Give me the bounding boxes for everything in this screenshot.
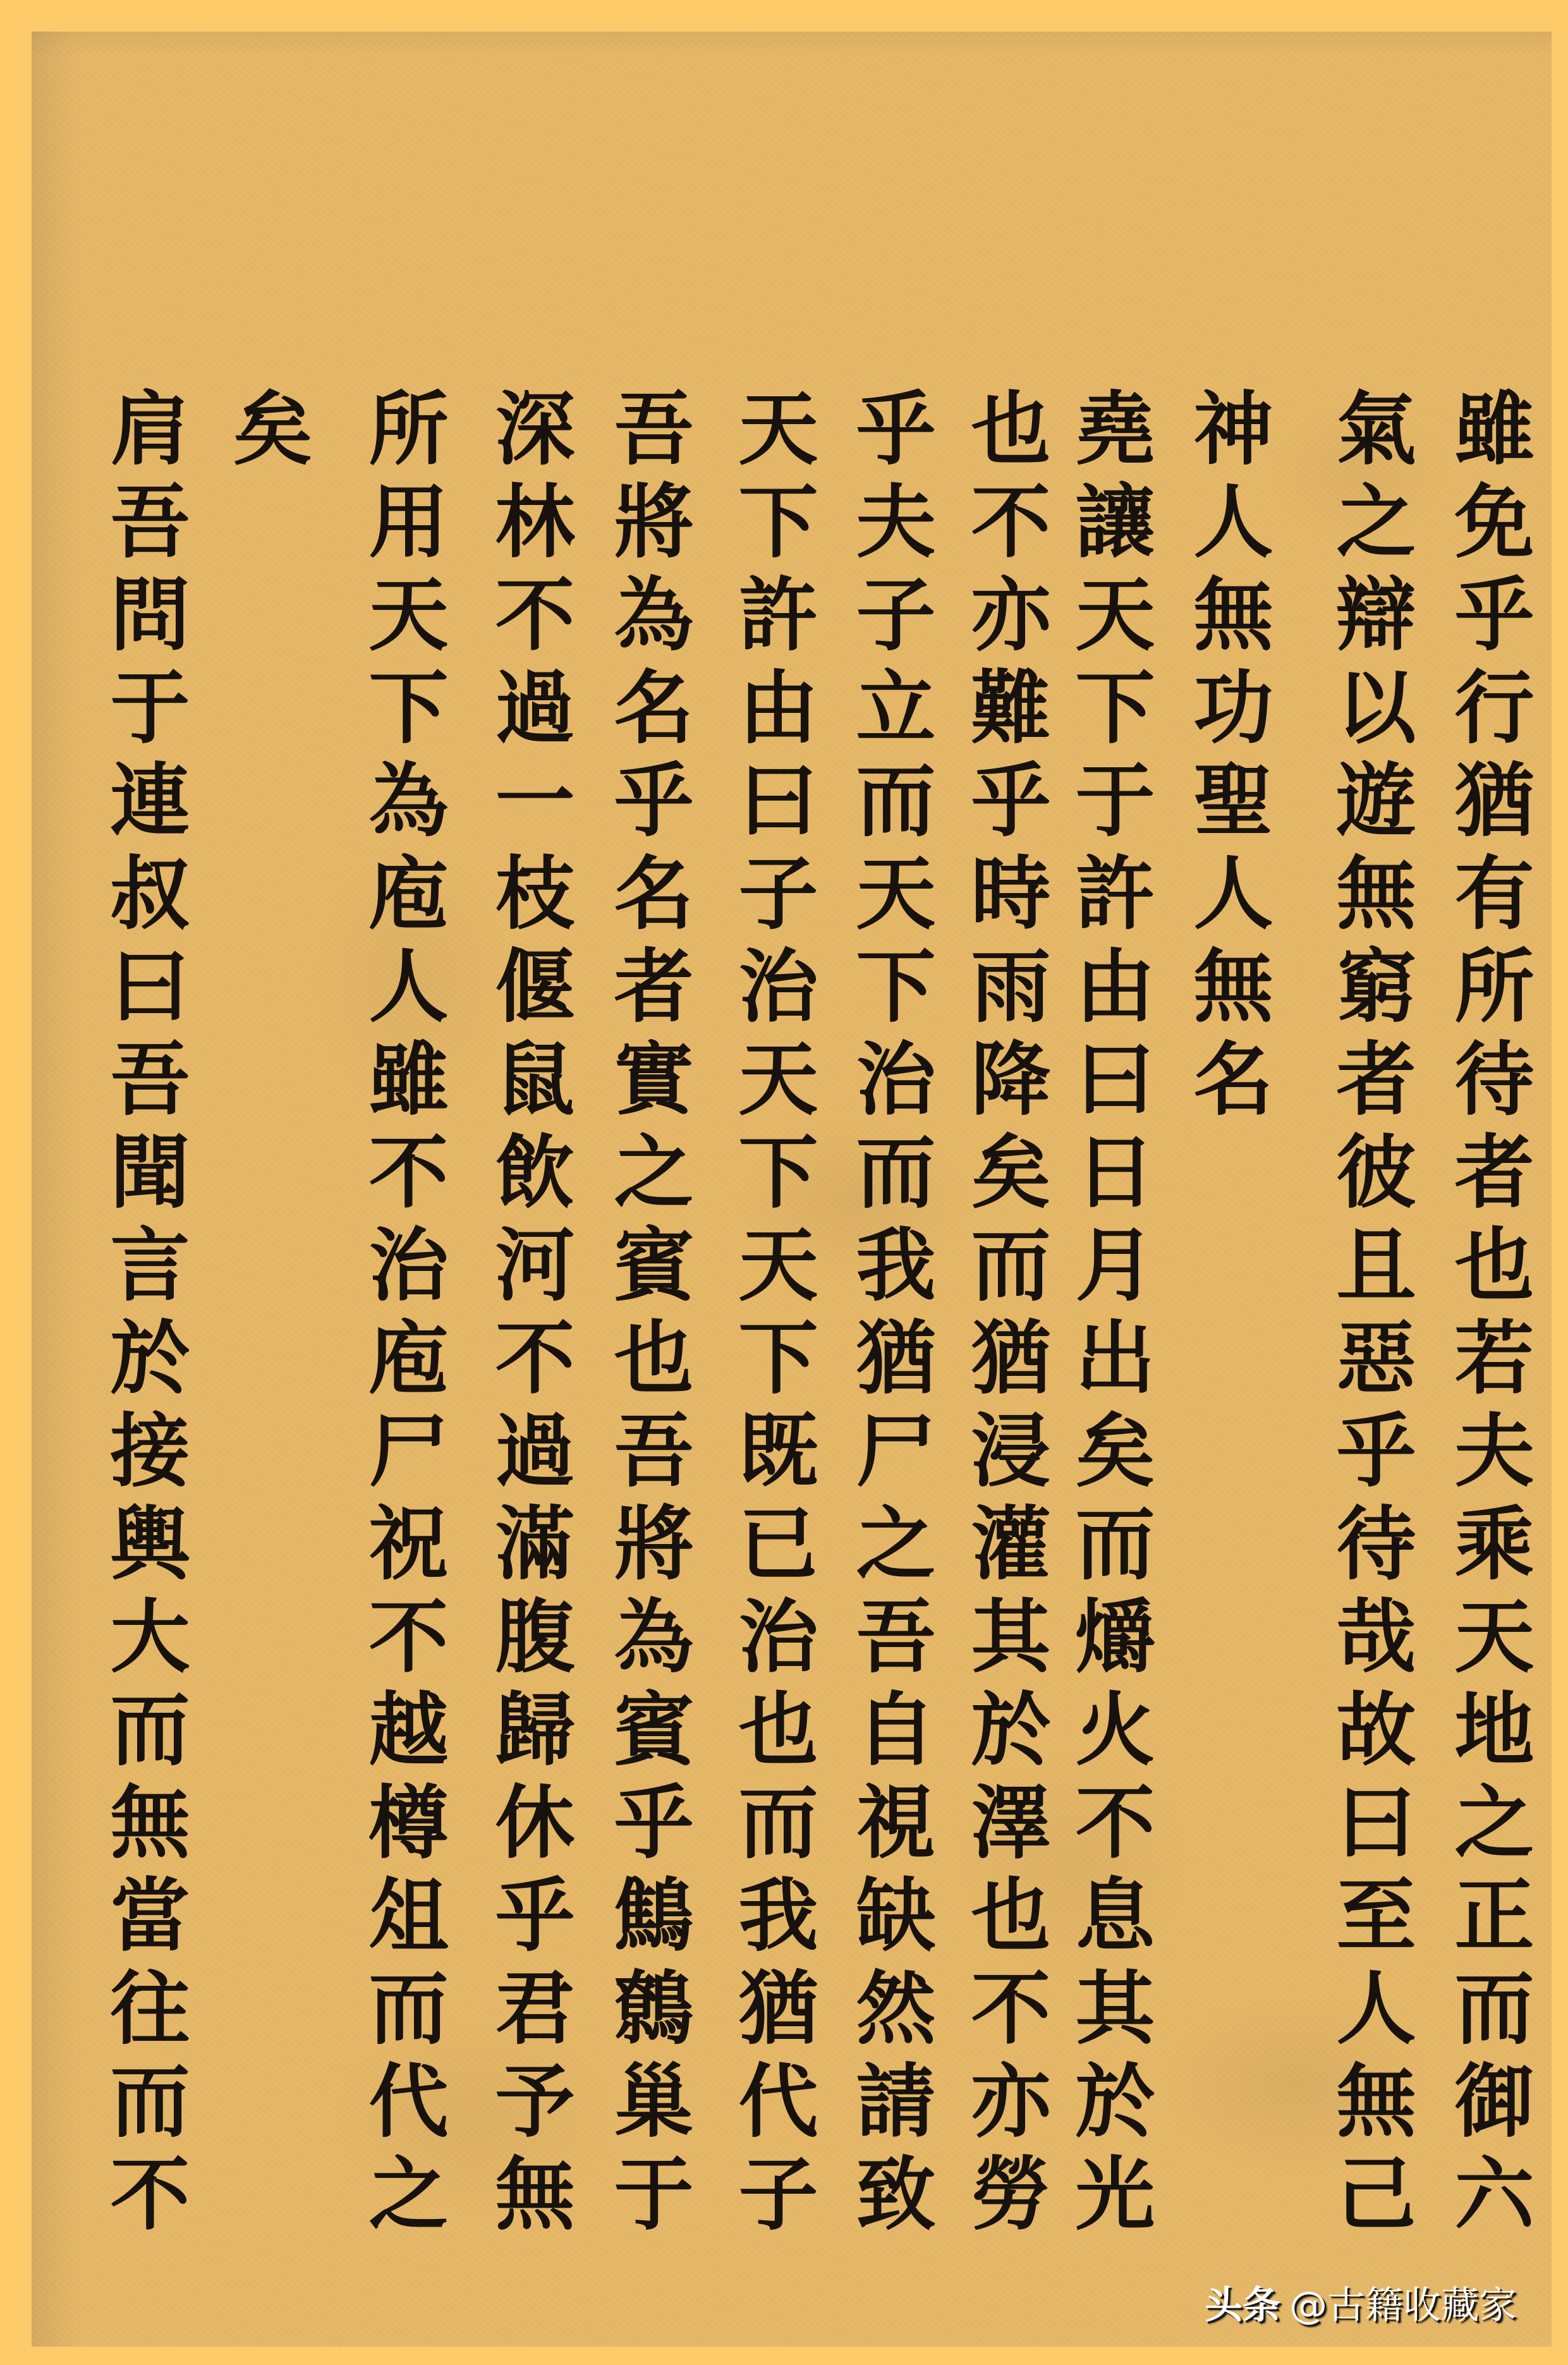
text-column-6: 乎夫子立而天下治而我猶尸之吾自視缺然請致 — [842, 387, 937, 2321]
text-column-11: 矣 — [219, 387, 314, 2321]
text-column-10: 所用天下為庖人雖不治庖尸祝不越樽俎而代之 — [355, 387, 450, 2321]
text-column-8: 吾將為名乎名者實之賓也吾將為賓乎鷦鷯巢于 — [600, 387, 695, 2321]
watermark-handle: @古籍收藏家 — [1289, 2283, 1517, 2328]
watermark: 头条@古籍收藏家 — [1205, 2280, 1517, 2331]
text-column-2: 氣之辯以遊無窮者彼且惡乎待哉故曰至人無己 — [1323, 387, 1418, 2321]
watermark-platform: 头条 — [1205, 2283, 1280, 2328]
text-column-12: 肩吾問于連叔曰吾聞言於接輿大而無當往而不 — [97, 387, 191, 2321]
text-column-5: 也不亦難乎時雨降矣而猶浸灌其於澤也不亦勞 — [957, 387, 1052, 2321]
text-column-9: 深林不過一枝偃鼠飲河不過滿腹歸休乎君予無 — [482, 387, 576, 2321]
text-column-3: 神人無功聖人無名 — [1180, 387, 1275, 2321]
manuscript-page: 雖免乎行猶有所待者也若夫乘天地之正而御六 氣之辯以遊無窮者彼且惡乎待哉故曰至人無… — [32, 32, 1552, 2347]
text-column-1: 雖免乎行猶有所待者也若夫乘天地之正而御六 — [1441, 387, 1536, 2321]
text-column-7: 天下許由曰子治天下天下既已治也而我猶代子 — [725, 387, 820, 2321]
text-column-4: 堯讓天下于許由曰日月出矣而爝火不息其於光 — [1062, 387, 1157, 2321]
